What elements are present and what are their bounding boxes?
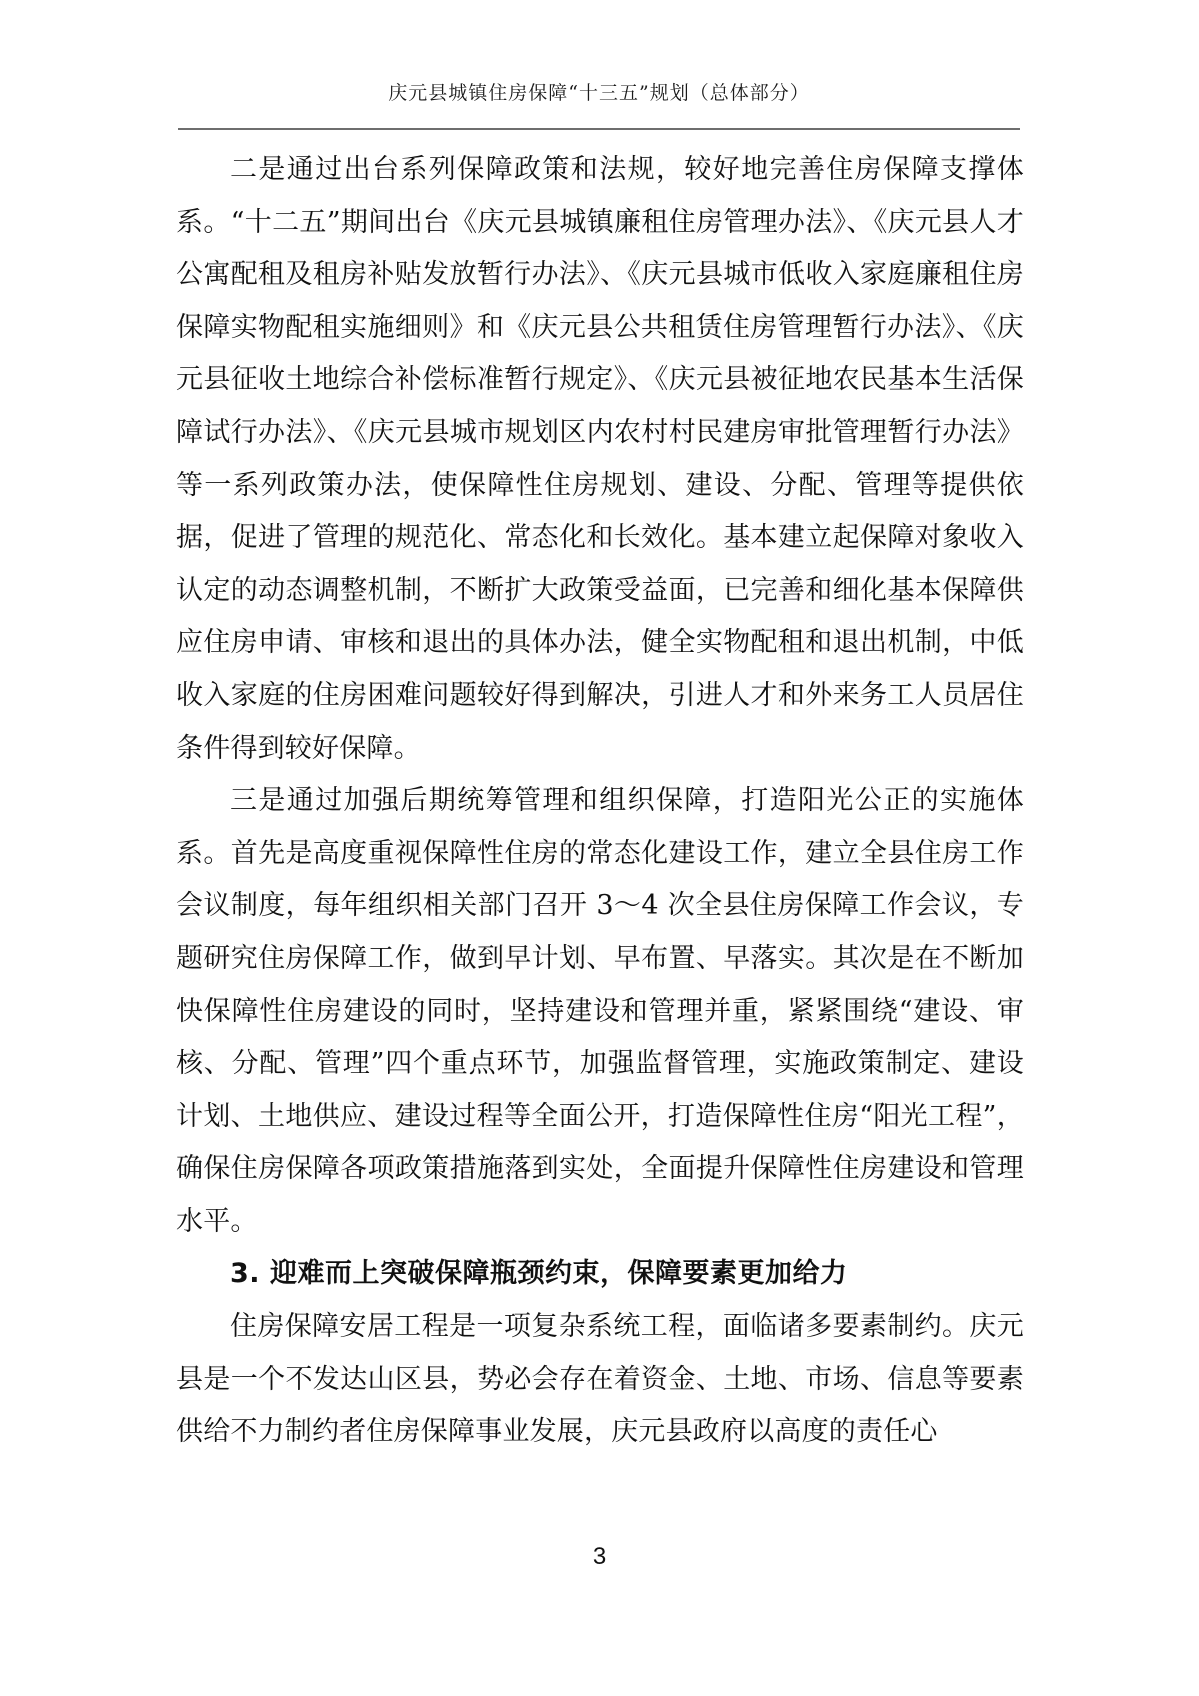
paragraph-section-intro: 住房保障安居工程是一项复杂系统工程，面临诸多要素制约。庆元县是一个不发达山区县，…: [176, 1301, 1024, 1459]
header-divider: [178, 128, 1020, 130]
page-number: 3: [0, 1543, 1199, 1571]
paragraph-management-system: 三是通过加强后期统筹管理和组织保障，打造阳光公正的实施体系。首先是高度重视保障性…: [176, 775, 1024, 1248]
paragraph-policy-system: 二是通过出台系列保障政策和法规，较好地完善住房保障支撑体系。“十二五”期间出台《…: [176, 144, 1024, 775]
section-heading: 3. 迎难而上突破保障瓶颈约束，保障要素更加给力: [176, 1248, 1024, 1301]
document-body: 二是通过出台系列保障政策和法规，较好地完善住房保障支撑体系。“十二五”期间出台《…: [176, 144, 1024, 1459]
running-header: 庆元县城镇住房保障“十三五”规划（总体部分）: [178, 78, 1020, 105]
